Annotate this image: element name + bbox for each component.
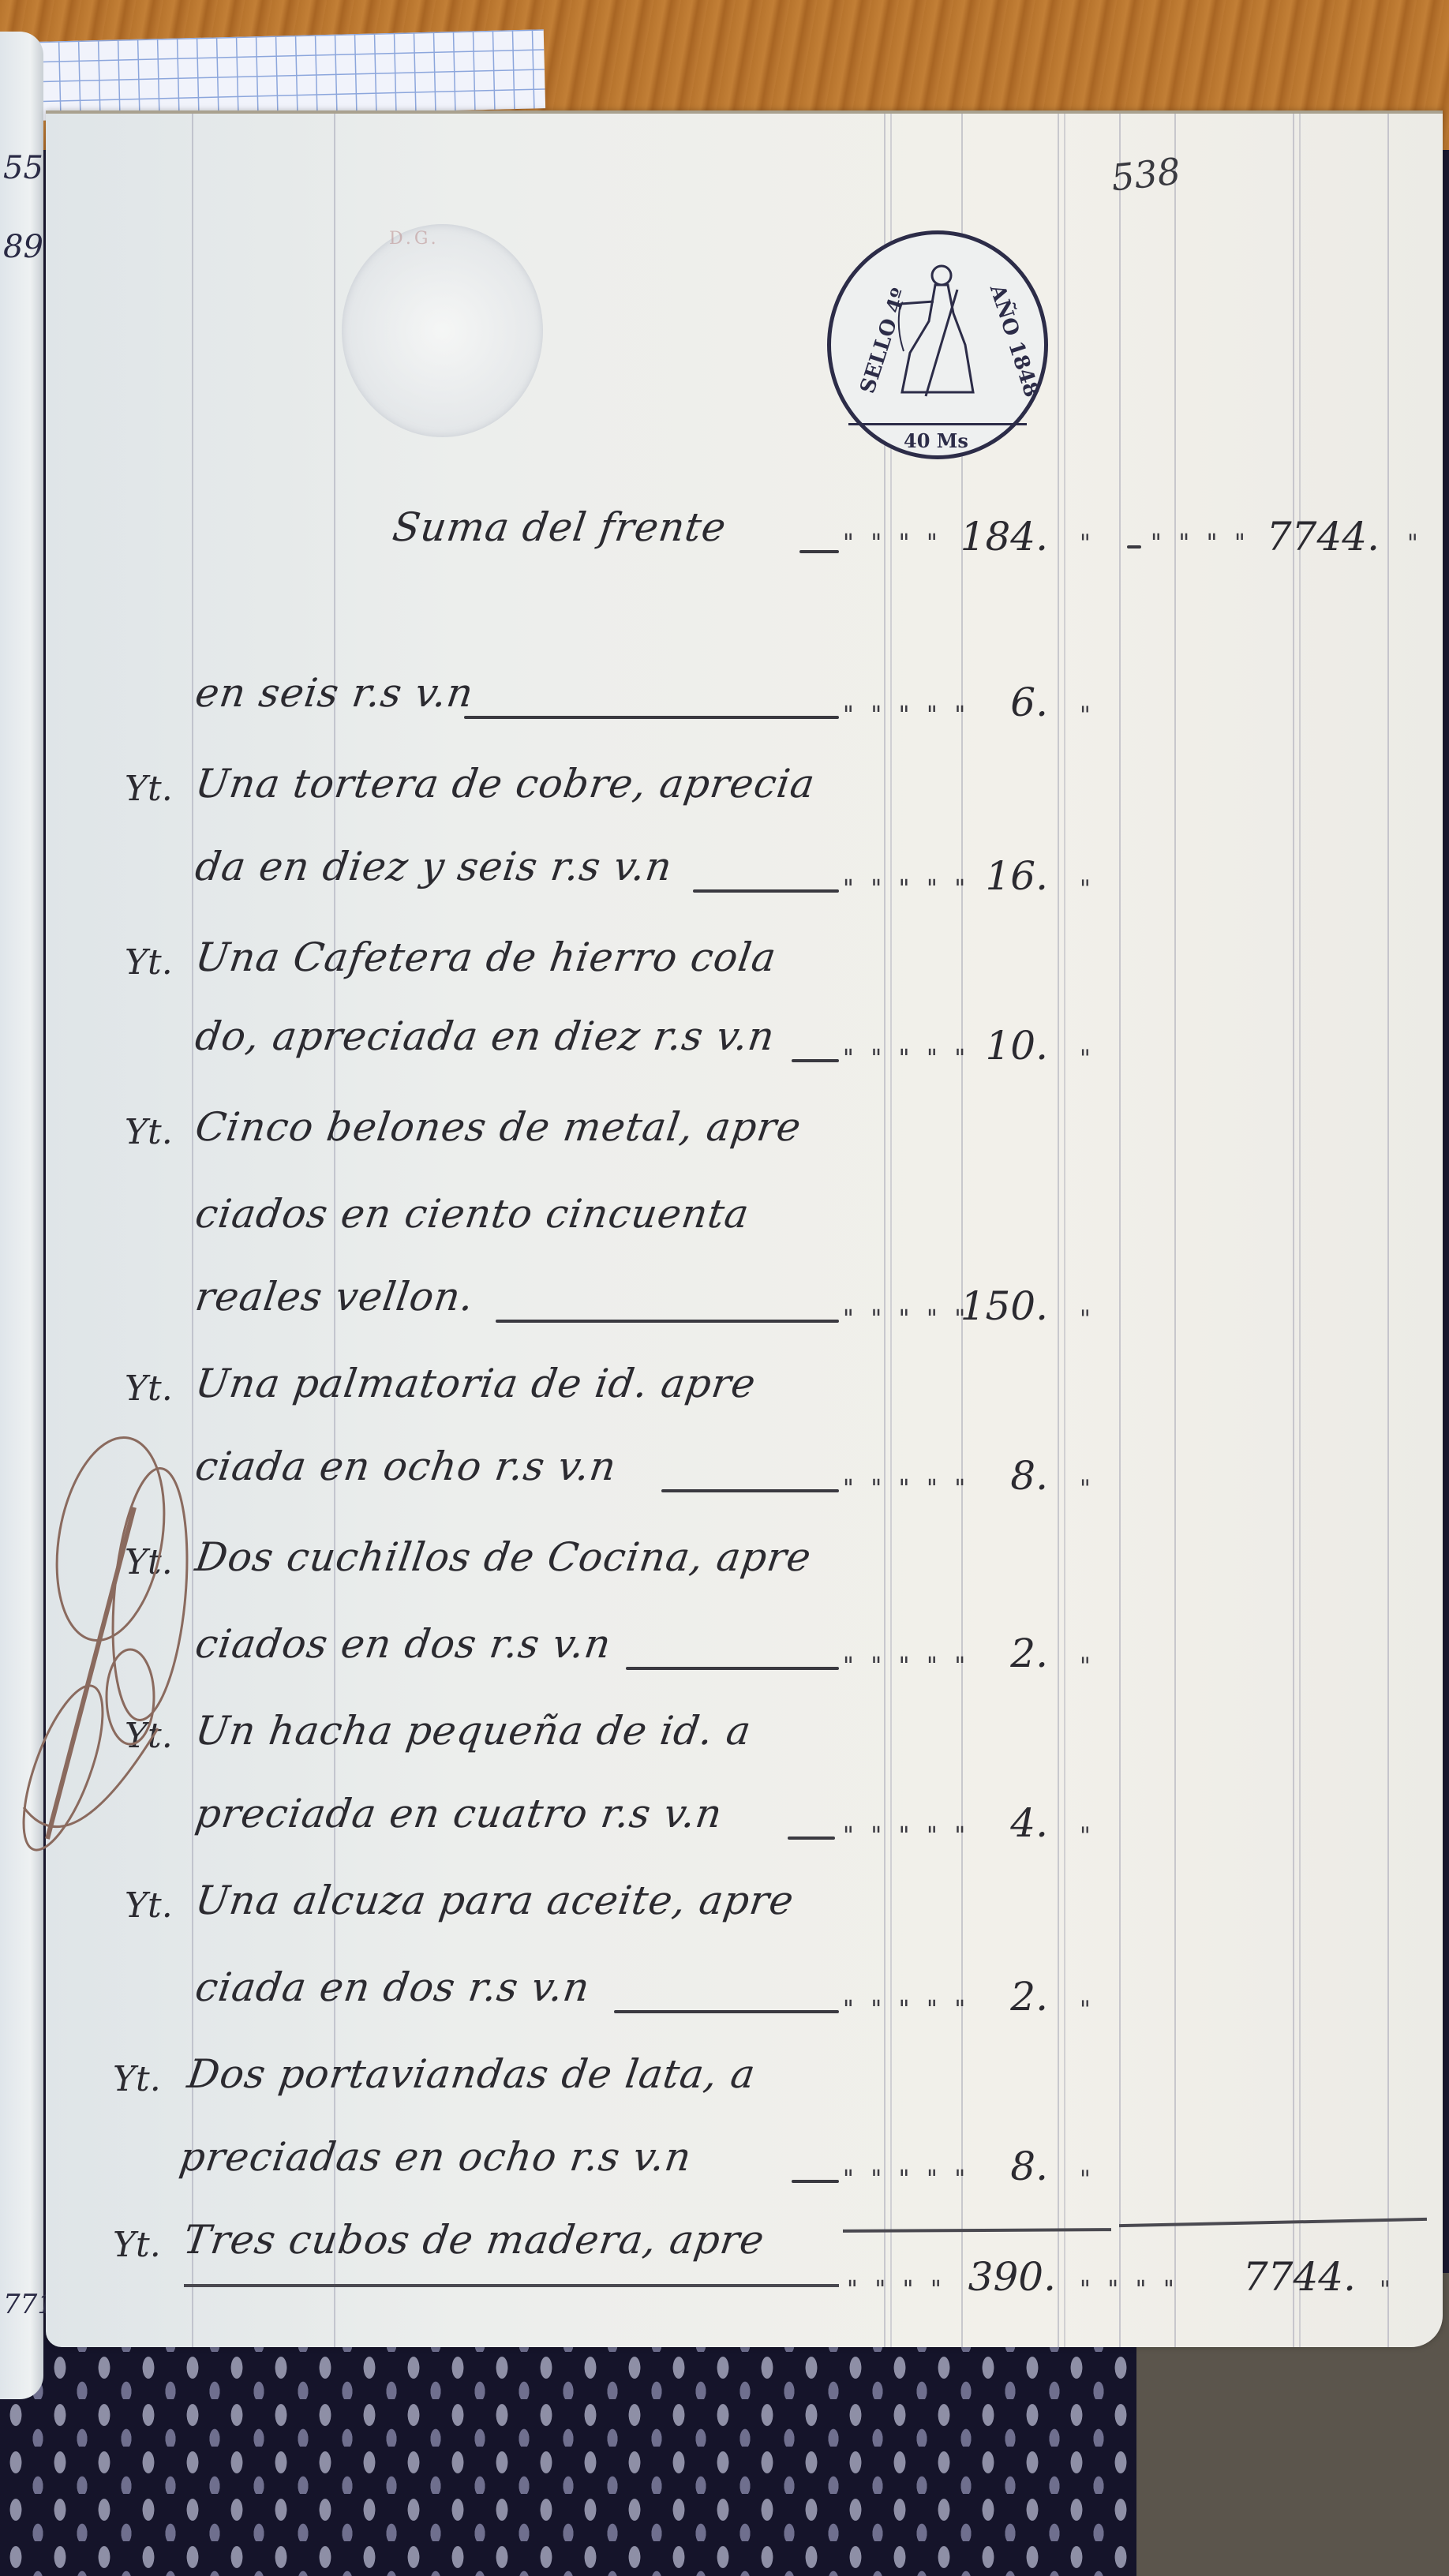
inventory-entry: Yt. Una palmatoria de id. apre	[46, 1361, 1443, 1424]
item-marker: Yt.	[113, 2059, 161, 2099]
entry-line: Una Cafetera de hierro cola	[193, 934, 780, 980]
tick-mark: "	[1080, 1996, 1091, 2024]
dot-filler: " " " " "	[843, 1653, 970, 1680]
dot-filler: " " " " "	[843, 875, 970, 903]
item-marker: Yt.	[125, 1885, 173, 1926]
item-marker: Yt.	[125, 769, 173, 809]
page-total-col1: 390.	[945, 2254, 1056, 2300]
dot-filler: " " " " "	[843, 1996, 970, 2024]
left-folio-number-bottom: 89	[3, 229, 43, 265]
entry-line: Dos cuchillos de Cocina, apre	[193, 1534, 814, 1580]
folio-number: 538	[1109, 150, 1182, 200]
entry-line: preciada en cuatro r.s v.n	[193, 1791, 725, 1837]
fill-rule	[496, 1320, 839, 1323]
entry-amount: 150.	[953, 1283, 1048, 1329]
inventory-entry: Yt. Dos portaviandas de lata, a	[46, 2051, 1443, 2114]
tick-mark: "	[1380, 2276, 1391, 2304]
entry-line: Una alcuza para aceite, apre	[193, 1878, 797, 1923]
entry-line: en seis r.s v.n	[193, 670, 477, 716]
seal-value-text: 40 Ms	[904, 429, 968, 452]
entry-amount: 4.	[953, 1800, 1048, 1846]
dot-filler: " " " "	[843, 530, 942, 557]
inventory-entry: en seis r.s v.n " " " " " 6. "	[46, 670, 1443, 733]
left-page-edge: 55 89 771	[0, 32, 43, 2399]
inventory-entry: Yt. Una tortera de cobre, aprecia	[46, 761, 1443, 824]
entry-line: da en diez y seis r.s v.n	[193, 844, 676, 889]
tick-mark: "	[1080, 1045, 1091, 1073]
dot-filler: " " " "	[847, 2276, 946, 2304]
inventory-entry-continuation: ciada en ocho r.s v.n " " " " " 8. "	[46, 1443, 1443, 1507]
item-marker: Yt.	[125, 1112, 173, 1152]
tick-mark: "	[1080, 875, 1091, 903]
entry-line: Una palmatoria de id. apre	[193, 1361, 759, 1406]
tick-mark: "	[1080, 1653, 1091, 1680]
embossed-stamp-text: D.G.	[389, 229, 440, 249]
carried-forward-row: Suma del frente " " " " 184. " " " " " 7…	[46, 504, 1443, 567]
dot-filler: " " " " "	[843, 2166, 970, 2193]
dot-filler: " " " "	[1080, 2276, 1179, 2304]
entry-amount: 6.	[953, 680, 1048, 725]
entry-amount: 16.	[953, 853, 1048, 899]
embossed-stamp: D.G.	[342, 224, 543, 437]
fill-rule	[792, 2180, 839, 2183]
fill-rule	[614, 2010, 839, 2013]
inventory-entry: Yt. Un hacha pequeña de id. a	[46, 1708, 1443, 1771]
dot-filler: " " " " "	[843, 1305, 970, 1333]
entry-line: do, apreciada en diez r.s v.n	[193, 1013, 778, 1059]
entry-amount: 2.	[953, 1974, 1048, 2020]
left-folio-number-top: 55	[3, 150, 43, 186]
entry-line: Dos portaviandas de lata, a	[185, 2051, 758, 2097]
dot-filler: " " " " "	[843, 1475, 970, 1503]
tick-mark: "	[1080, 1305, 1091, 1333]
tick-mark: "	[1080, 530, 1091, 557]
fill-rule	[464, 716, 839, 719]
entry-line: ciada en dos r.s v.n	[193, 1964, 593, 2010]
seated-allegorical-figure-icon	[894, 258, 981, 404]
inventory-entry-continuation: ciada en dos r.s v.n " " " " " 2. "	[46, 1964, 1443, 2027]
fill-rule	[1127, 545, 1141, 549]
ledger-page: D.G. SELLO 4º AÑO 1848 40 Ms 538 Suma de…	[46, 110, 1443, 2347]
tick-mark: "	[1080, 1475, 1091, 1503]
inventory-entry-continuation: preciada en cuatro r.s v.n " " " " " 4. …	[46, 1791, 1443, 1854]
fill-rule	[799, 550, 839, 553]
inventory-entry-continuation: preciadas en ocho r.s v.n " " " " " 8. "	[46, 2134, 1443, 2197]
carried-forward-label: Suma del frente	[390, 504, 729, 550]
inventory-entry: Yt. Cinco belones de metal, apre	[46, 1104, 1443, 1167]
dot-filler: " " " "	[1151, 530, 1250, 557]
inventory-entry-continuation: ciados en dos r.s v.n " " " " " 2. "	[46, 1621, 1443, 1684]
seal-base-line	[848, 423, 1027, 425]
tick-mark: "	[1080, 1822, 1091, 1850]
notary-rubric-flourish-icon	[0, 1397, 197, 1870]
page-total-col2: 7744.	[1230, 2254, 1356, 2300]
carried-forward-col2: 7744.	[1253, 514, 1380, 560]
entry-amount: 2.	[953, 1631, 1048, 1676]
tick-mark: "	[1080, 2166, 1091, 2193]
entry-line: ciados en ciento cincuenta	[193, 1191, 752, 1237]
fill-rule	[661, 1489, 839, 1492]
fill-rule	[626, 1667, 839, 1670]
tax-seal-stamp: SELLO 4º AÑO 1848 40 Ms	[827, 230, 1048, 459]
tick-mark: "	[1407, 530, 1418, 557]
inventory-entry: Yt. Una Cafetera de hierro cola	[46, 934, 1443, 998]
page-total-row: " " " " 390. " " " " 7744. "	[46, 2245, 1443, 2308]
entry-amount: 8.	[953, 1453, 1048, 1499]
entry-line: reales vellon.	[193, 1274, 477, 1320]
entry-line: preciadas en ocho r.s v.n	[177, 2134, 695, 2180]
entry-line: ciada en ocho r.s v.n	[193, 1443, 620, 1489]
entry-line: Cinco belones de metal, apre	[193, 1104, 804, 1150]
entry-amount: 10.	[953, 1023, 1048, 1069]
entry-line: ciados en dos r.s v.n	[193, 1621, 614, 1667]
entry-amount: 8.	[953, 2144, 1048, 2189]
carried-forward-col1: 184.	[953, 514, 1048, 560]
fill-rule	[693, 889, 839, 893]
inventory-entry-continuation: do, apreciada en diez r.s v.n " " " " " …	[46, 1013, 1443, 1076]
inventory-entry: Yt. Dos cuchillos de Cocina, apre	[46, 1534, 1443, 1597]
dot-filler: " " " " "	[843, 702, 970, 729]
tick-mark: "	[1080, 702, 1091, 729]
dot-filler: " " " " "	[843, 1045, 970, 1073]
fill-rule	[792, 1059, 839, 1062]
inventory-entry-continuation: da en diez y seis r.s v.n " " " " " 16. …	[46, 844, 1443, 907]
inventory-entry-continuation: reales vellon. " " " " " 150. "	[46, 1274, 1443, 1337]
closing-rule	[184, 2284, 839, 2287]
grid-paper-bookmark	[39, 29, 545, 121]
fill-rule	[788, 1837, 835, 1840]
entry-line: Un hacha pequeña de id. a	[193, 1708, 754, 1754]
dot-filler: " " " " "	[843, 1822, 970, 1850]
inventory-entry-continuation: ciados en ciento cincuenta	[46, 1191, 1443, 1254]
entry-line: Una tortera de cobre, aprecia	[193, 761, 818, 807]
item-marker: Yt.	[125, 942, 173, 983]
inventory-entry: Yt. Una alcuza para aceite, apre	[46, 1878, 1443, 1941]
seal-right-text: AÑO 1848	[985, 282, 1043, 400]
